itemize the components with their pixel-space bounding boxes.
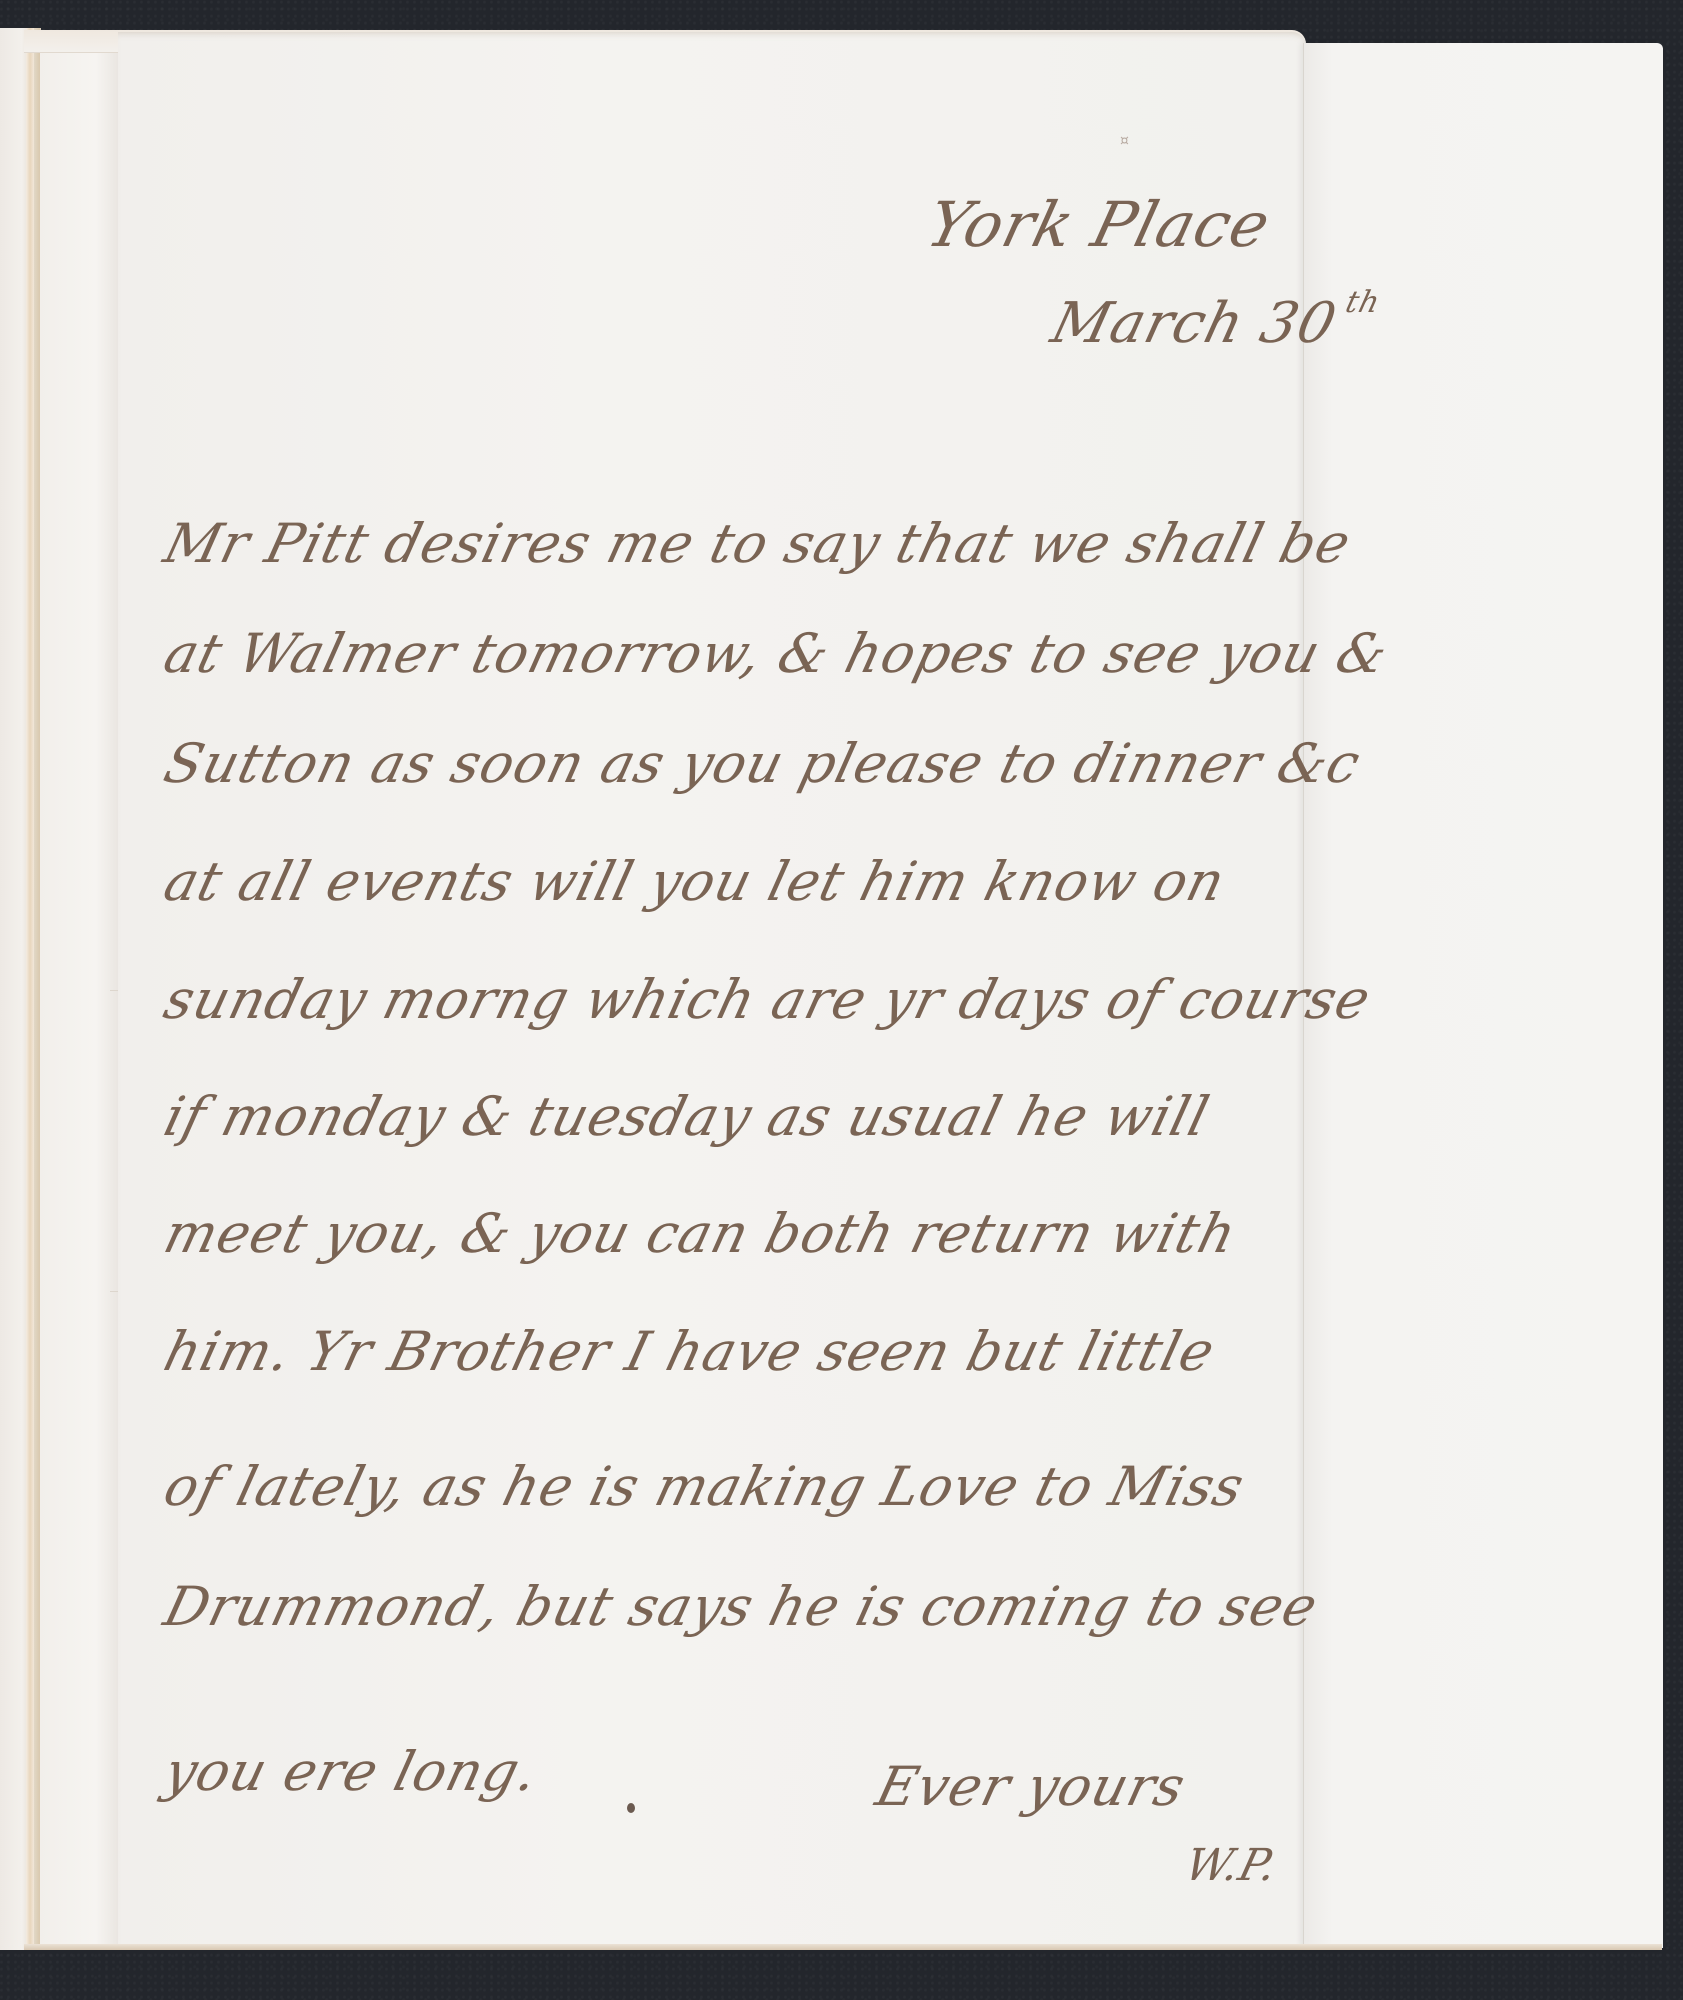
body-line: Mr Pitt desires me to say that we shall … xyxy=(158,512,1357,575)
heading-date: March 30th xyxy=(1045,285,1384,356)
body-line: meet you, & you can both return with xyxy=(158,1202,1243,1265)
ink-blot xyxy=(627,1803,635,1813)
body-line: if monday & tuesday as usual he will xyxy=(158,1085,1216,1148)
heading-place: York Place xyxy=(920,188,1278,261)
heading-date-text: March 30 xyxy=(1045,291,1343,356)
body-line: Drummond, but says he is coming to see xyxy=(158,1575,1324,1638)
body-line: sunday morng which are yr days of course xyxy=(158,968,1377,1031)
marginal-mark: ¤ xyxy=(1120,133,1129,149)
guard-strip xyxy=(40,30,121,1950)
body-line: at all events will you let him know on xyxy=(158,850,1232,913)
letter-photograph: ¤ York Place March 30th Mr Pitt desires … xyxy=(0,0,1683,2000)
body-line: him. Yr Brother I have seen but little xyxy=(158,1320,1221,1383)
closing-salutation: Ever yours xyxy=(870,1755,1192,1818)
sheet-bottom-edge xyxy=(24,1944,1662,1950)
body-line: Sutton as soon as you please to dinner &… xyxy=(158,732,1367,795)
body-line: of lately, as he is making Love to Miss xyxy=(158,1455,1251,1518)
signature: W.P. xyxy=(1180,1840,1283,1891)
binding-strip xyxy=(0,28,41,1950)
binding-stained-edge xyxy=(26,28,34,1950)
body-line: you ere long. xyxy=(158,1740,545,1803)
body-line: at Walmer tomorrow, & hopes to see you & xyxy=(158,622,1395,685)
